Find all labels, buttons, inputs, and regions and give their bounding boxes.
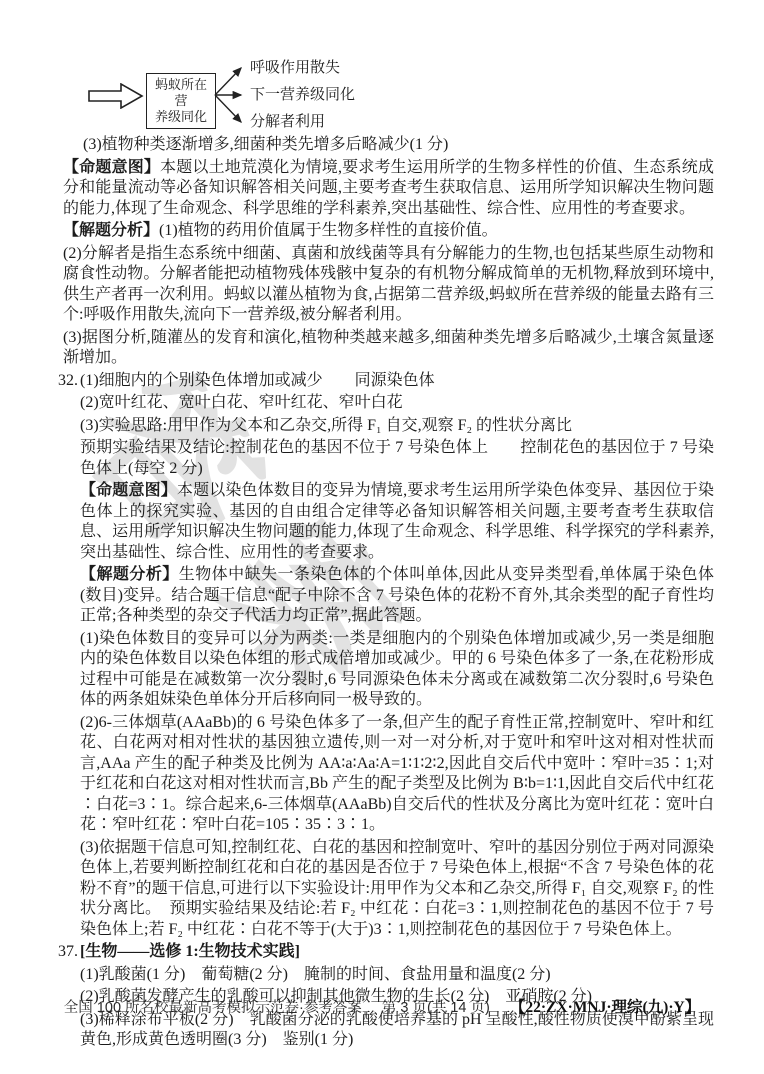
q31-analysis-3: (3)据图分析,随灌丛的发育和演化,植物种类越来越多,细菌种类先增多后略减少,土… [63, 328, 714, 369]
q31-analysis-label: 【解题分析】 [63, 222, 159, 239]
q32-answer-2: (2)宽叶红花、宽叶白花、窄叶红花、窄叶白花 [80, 393, 714, 414]
q31-intent-label: 【命题意图】 [63, 159, 160, 176]
question-37-number: 37. [58, 942, 78, 963]
branch-label-respiration: 呼吸作用散失 [250, 59, 340, 77]
q32-analysis-1: (1)染色体数目的变异可以分为两类:一类是细胞内的个别染色体增加或减少,另一类是… [80, 629, 714, 711]
q32-intent: 【命题意图】本题以染色体数目的变异为情境,要求考生运用所学染色体变异、基因位于染… [80, 481, 714, 563]
q37-title: [生物——选修 1:生物技术实践] [80, 942, 714, 963]
q37-answer-1: (1)乳酸菌(1 分) 葡萄糖(2 分) 腌制的时间、食盐用量和温度(2 分) [80, 965, 714, 986]
q31-analysis-2: (2)分解者是指生态系统中细菌、真菌和放线菌等具有分解能力的生物,也包括某些原生… [63, 244, 714, 326]
energy-flow-diagram: 蚂蚁所在营 养级同化 呼吸作用散失 下一营养级同化 分解者利用 [88, 56, 714, 130]
q31-analysis-1: 【解题分析】(1)植物的药用价值属于生物多样性的直接价值。 [63, 221, 714, 242]
branch-arrows-icon [214, 56, 248, 134]
diagram-box: 蚂蚁所在营 养级同化 [146, 73, 216, 129]
q32-analysis-2: (2)6-三体烟草(AAaBb)的 6 号染色体多了一条,但产生的配子育性正常,… [80, 713, 714, 836]
q32-analysis-label: 【解题分析】 [80, 566, 179, 583]
q32-analysis-0: 【解题分析】生物体中缺失一条染色体的个体叫单体,因此从变异类型看,单体属于染色体… [80, 565, 714, 627]
footer-page-number: 第 3 页(共 14 页) [382, 1000, 490, 1016]
q32-intent-label: 【命题意图】 [80, 482, 177, 499]
block-arrow-icon [88, 83, 144, 109]
page-content: 蚂蚁所在营 养级同化 呼吸作用散失 下一营养级同化 分解者利用 (3)植物种类逐… [0, 0, 764, 1051]
scanned-answer-page: 答案 蚂蚁所在营 养级同化 呼吸作用散失 下一营养级 [0, 0, 764, 1074]
q32-answer-3: (3)实验思路:用甲作为父本和乙杂交,所得 F₁ 自交,观察 F₂ 的性状分离比 [80, 416, 714, 437]
diagram-box-line2: 养级同化 [149, 109, 213, 125]
question-32: 32. (1)细胞内的个别染色体增加或减少 同源染色体 (2)宽叶红花、宽叶白花… [80, 371, 714, 941]
q31-answer-3: (3)植物种类逐渐增多,细菌种类先增多后略减少(1 分) [63, 135, 714, 156]
q31-analysis-1-text: (1)植物的药用价值属于生物多样性的直接价值。 [159, 222, 498, 239]
footer-series-title: 全国 100 所名校最新高考模拟示范卷·参考答案 [64, 1000, 362, 1016]
footer-paper-code: 【22·ZX·MNJ·理综(九)·Y】 [510, 999, 700, 1016]
question-32-number: 32. [58, 371, 78, 392]
diagram-box-line1: 蚂蚁所在营 [149, 77, 213, 109]
branch-label-next-trophic: 下一营养级同化 [250, 86, 355, 104]
q31-intent-text: 本题以土地荒漠化为情境,要求考生运用所学的生物多样性的价值、生态系统成分和能量流… [63, 159, 714, 217]
branch-label-decomposers: 分解者利用 [250, 113, 325, 131]
q31-intent: 【命题意图】本题以土地荒漠化为情境,要求考生运用所学的生物多样性的价值、生态系统… [63, 158, 714, 220]
q32-answer-1: (1)细胞内的个别染色体增加或减少 同源染色体 [80, 371, 714, 392]
page-footer: 全国 100 所名校最新高考模拟示范卷·参考答案 第 3 页(共 14 页) 【… [0, 995, 764, 1017]
q32-analysis-3: (3)依据题干信息可知,控制红花、白花的基因和控制宽叶、窄叶的基因分别位于两对同… [80, 838, 714, 941]
q37-title-text: [生物——选修 1:生物技术实践] [80, 943, 300, 960]
q32-answer-4: 预期实验结果及结论:控制花色的基因不位于 7 号染色体上 控制花色的基因位于 7… [80, 438, 714, 479]
